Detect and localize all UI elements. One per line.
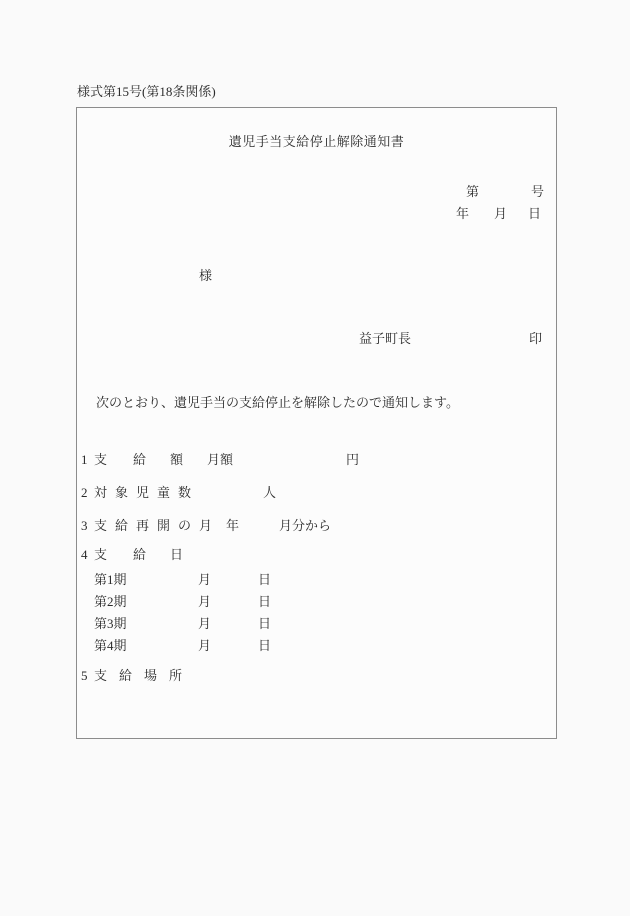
item4-label-char1: 支 [94, 548, 107, 563]
issuer-name: 益子町長 [359, 332, 411, 347]
period-2-day-label: 日 [258, 595, 271, 610]
item1-number: 1 [81, 453, 88, 468]
addressee-honorific: 様 [199, 269, 212, 284]
date-day-label: 日 [528, 207, 541, 222]
item2-person-unit: 人 [263, 486, 276, 501]
item1-monthly-label: 月額 [207, 453, 233, 468]
period-2-month-label: 月 [198, 595, 211, 610]
form-border-box: 遺児手当支給停止解除通知書 第 号 年 月 日 様 益子町長 印 次のとおり、遺… [76, 107, 557, 739]
item3-label: 支給再開の月 [94, 519, 220, 534]
item5-number: 5 [81, 669, 88, 684]
period-3-day-label: 日 [258, 617, 271, 632]
period-2-name: 第2期 [94, 595, 127, 610]
item1-label-char3: 額 [170, 453, 183, 468]
item1-label-char1: 支 [94, 453, 107, 468]
item3-number: 3 [81, 519, 88, 534]
document-page: 様式第15号(第18条関係) 遺児手当支給停止解除通知書 第 号 年 月 日 様… [0, 0, 630, 916]
period-4-name: 第4期 [94, 639, 127, 654]
period-1-day-label: 日 [258, 573, 271, 588]
period-4-day-label: 日 [258, 639, 271, 654]
document-title: 遺児手当支給停止解除通知書 [77, 135, 556, 150]
doc-number-prefix: 第 [466, 185, 479, 200]
form-number: 様式第15号(第18条関係) [77, 85, 216, 100]
period-3-name: 第3期 [94, 617, 127, 632]
period-1-month-label: 月 [198, 573, 211, 588]
seal-mark: 印 [529, 332, 542, 347]
body-text: 次のとおり、遺児手当の支給停止を解除したので通知します。 [96, 396, 459, 411]
item3-from-month-label: 月分から [279, 519, 331, 534]
doc-number-suffix: 号 [531, 185, 544, 200]
item3-year-label: 年 [226, 519, 239, 534]
item5-label: 支給場所 [94, 669, 194, 684]
item4-label-char3: 日 [170, 548, 183, 563]
period-4-month-label: 月 [198, 639, 211, 654]
period-3-month-label: 月 [198, 617, 211, 632]
date-year-label: 年 [456, 207, 469, 222]
item2-label: 対象児童数 [94, 486, 199, 501]
item1-yen-unit: 円 [346, 453, 359, 468]
date-month-label: 月 [494, 207, 507, 222]
period-1-name: 第1期 [94, 573, 127, 588]
item4-label-char2: 給 [133, 548, 146, 563]
item1-label-char2: 給 [133, 453, 146, 468]
item4-number: 4 [81, 548, 88, 563]
item2-number: 2 [81, 486, 88, 501]
